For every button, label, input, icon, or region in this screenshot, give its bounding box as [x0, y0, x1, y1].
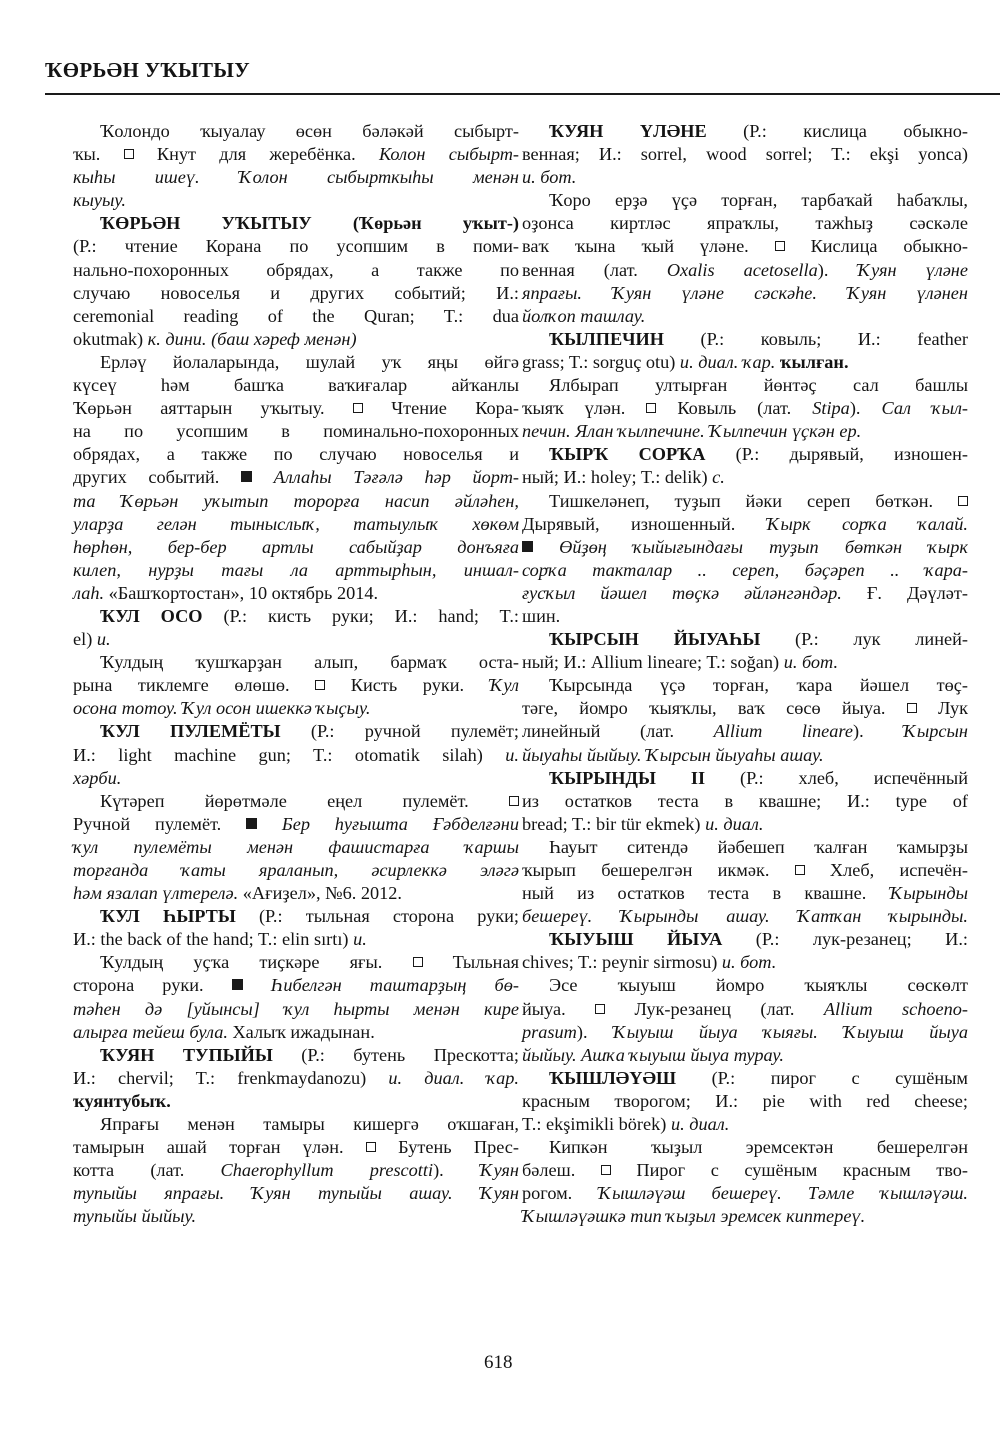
italic-text: и. бот. [522, 167, 576, 187]
italic-text: килеп, нурҙы тағы ла арттырһын, иншал- [73, 560, 519, 580]
text-run: Һауыт ситендә йәбешеп ҡалған ҡамырҙы [549, 837, 968, 857]
headword: ҠЫШЛӘҮӘШ [549, 1068, 676, 1088]
text-line: ҡул пулемёты менән фашистарға ҡаршы [73, 836, 519, 859]
text-line: el) и. [73, 628, 519, 651]
text-run: Ерләү йолаларында, шулай уҡ яңы өйгә [100, 352, 519, 372]
text-run: ). [433, 1160, 480, 1180]
italic-text: кыhы ишеү. Ҡолон сыбырткыhы менән [73, 167, 519, 187]
text-line: күсеү һәм башҡа ваҡиғалар айҡанлы [73, 374, 519, 397]
italic-text: Ҡыуыш йыуа ҡыяғы. Ҡыуыш йыуа [613, 1022, 968, 1042]
text-line: обрядах, а также по случаю новоселья и [73, 443, 519, 466]
text-run: (Р.: тыльная сторона руки; [236, 906, 519, 926]
text-line: лаһ. «Башҡортостан», 10 октябрь 2014. [73, 582, 519, 605]
text-line: ҡы. Кнут для жеребёнка. Колон сыбырт- [73, 143, 519, 166]
text-line: һөрһөн, бер-бер артлы сабыйҙар донъяға [73, 536, 519, 559]
italic-text: Ҡырсын [903, 721, 968, 741]
text-run: Кисть руки. [325, 675, 490, 695]
text-line: сорҡа такталар .. сереп, бәҫәреп .. ҡара… [522, 559, 968, 582]
text-line: ҠЫЛПЕЧИН (Р.: ковыль; И.: feather [522, 328, 968, 351]
italic-text: Һибелгән таштарҙың бө- [243, 975, 519, 995]
text-line: печин. Ялан ҡылпечине. Ҡылпечин үҫкән ер… [522, 420, 968, 443]
text-line: И.: light machine gun; T.: otomatik sila… [73, 744, 519, 767]
italic-text: Stipa [812, 398, 850, 418]
text-run: красным творогом; И.: pie with red chees… [522, 1091, 968, 1111]
text-line: ҠЫУЫШ ЙЫУА (Р.: лук-резанец; И.: [522, 928, 968, 951]
text-line: из остатков теста в квашне; И.: type of [522, 790, 968, 813]
text-line: Ҡышләүәшкә тип ҡыҙыл эремсек киптереү. [522, 1205, 968, 1228]
italic-text: к. дини. (баш хәреф менән) [148, 329, 357, 349]
text-line: һәм язалап үлтерелә. «Ағиҙел», №6. 2012. [73, 882, 519, 905]
text-run: Бутень Прес- [376, 1137, 519, 1157]
text-line: Өйҙөң ҡыйығындағы туҙып бөткән ҡырк [522, 536, 968, 559]
text-run: Кислица обыкно- [785, 236, 968, 256]
italic-text: тупыйы йыйыу. [73, 1206, 196, 1226]
italic-text: и. бот. [784, 652, 838, 672]
italic-text: и. [353, 929, 367, 949]
italic-text: и. [97, 629, 111, 649]
text-run: (Р.: лук линей- [760, 629, 968, 649]
italic-text: япрағы. Ҡуян үләне сәскәһе. Ҡуян үләнен [522, 283, 968, 303]
text-run: Лук [917, 698, 968, 718]
text-line: ҠЫШЛӘҮӘШ (Р.: пирог с сушёным [522, 1067, 968, 1090]
text-run: тамырын ашай торған үлән. [73, 1137, 366, 1157]
italic-text: Ҡырынды [890, 883, 968, 903]
text-run: okutmak) [73, 329, 148, 349]
text-run: ҡырып бешерелгән икмәк. [522, 860, 795, 880]
italic-text: Allium lineare [714, 721, 853, 741]
italic-text: и. диал. [705, 814, 763, 834]
italic-text: сорҡа такталар .. сереп, бәҫәреп .. ҡара… [522, 560, 968, 580]
text-line: торғанда ҡаты яраланып, әсирлеккә эләгә [73, 859, 519, 882]
open-square-icon [958, 496, 968, 506]
text-run: Ҡоро ерҙә үҫә торған, тарбаҡай һабаҡлы, [549, 190, 968, 210]
text-line: Эсе ҡыуыш йомро ҡыяҡлы сөскөлт [522, 974, 968, 997]
italic-text: Oxalis acetosella [667, 260, 818, 280]
italic-text: Колон сыбырт- [379, 144, 519, 164]
text-line: bread; T.: bir tür ekmek) и. диал. [522, 813, 968, 836]
text-line: тәһен дә [уйынсы] ҡул һырты менән кире [73, 998, 519, 1021]
text-line: Ҡөрьән аяттарын уҡытыу. Чтение Кора- [73, 397, 519, 420]
text-run: el) [73, 629, 97, 649]
open-square-icon [413, 957, 423, 967]
text-run: венная; И.: sorrel, wood sorrel; T.: ekş… [522, 144, 968, 164]
text-line: grass; T.: sorguç otu) и. диал. ҡар. ҡыл… [522, 351, 968, 374]
text-line: котта (лат. Chaerophyllum prescotti). Ҡу… [73, 1159, 519, 1182]
italic-text: бешереү. Ҡырынды ашау. Ҡатҡан ҡырынды. [522, 906, 968, 926]
text-run: Хлеб, испечён- [805, 860, 968, 880]
text-line: prasum). Ҡыуыш йыуа ҡыяғы. Ҡыуыш йыуа [522, 1021, 968, 1044]
text-run: Эсе ҡыуыш йомро ҡыяҡлы сөскөлт [549, 975, 968, 995]
text-run: нально-похоронных обрядах, а также по [73, 260, 519, 280]
text-run: (Р.: ковыль; И.: feather [664, 329, 968, 349]
text-run: ceremonial reading of the Quran; T.: dua [73, 306, 519, 326]
text-run: И.: light machine gun; T.: otomatik sila… [73, 745, 505, 765]
italic-text: Ҡул [490, 675, 519, 695]
text-line: осона тотоу. Ҡул осон ишеккә ҡыҫыу. [73, 697, 519, 720]
text-run: (Р.: ручной пулемёт; [281, 721, 519, 741]
text-line: сторона руки. Һибелгән таштарҙың бө- [73, 974, 519, 997]
text-line: Ҡолондо ҡыуалау өсөн бәләкәй сыбырт- [73, 120, 519, 143]
text-line: тупыйы йыйыу. [73, 1205, 519, 1228]
text-line: на по усопшим в поминально-похоронных [73, 420, 519, 443]
text-line: Ҡоро ерҙә үҫә торған, тарбаҡай һабаҡлы, [522, 189, 968, 212]
italic-text: Ҡышләүәшкә тип ҡыҙыл эремсек киптереү. [522, 1206, 865, 1226]
headword: ҠУЯН ҮЛӘНЕ [549, 121, 707, 141]
text-line: Ҡулдың ҡушҡарҙан алып, бармаҡ оста- [73, 651, 519, 674]
text-run: линейный (лат. [522, 721, 714, 741]
text-line: линейный (лат. Allium lineare). Ҡырсын [522, 720, 968, 743]
text-run: «Башҡортостан», 10 октябрь 2014. [104, 583, 378, 603]
text-run: Лук-резанец (лат. [605, 999, 824, 1019]
text-line: оҙонса киртләс япраҡлы, тажһыҙ сәскәле [522, 212, 968, 235]
text-line: та Ҡөрьән уҡытып торорға насип әйләһен, [73, 490, 519, 513]
text-line: Һауыт ситендә йәбешеп ҡалған ҡамырҙы [522, 836, 968, 859]
text-run: ҡыяҡ үлән. [522, 398, 646, 418]
text-run: ный из остатков теста в квашне. [522, 883, 890, 903]
italic-text: и. диал. [671, 1114, 729, 1134]
text-line: ҡырып бешерелгән икмәк. Хлеб, испечён- [522, 859, 968, 882]
text-run: Ҡулдың ҡушҡарҙан алып, бармаҡ оста- [100, 652, 519, 672]
text-line: алырға тейеш була. Халыҡ ижадынан. [73, 1021, 519, 1044]
text-run: Тишкеләнеп, туҙып йәки сереп бөткән. [549, 491, 958, 511]
text-run: Ҡулдың уҫҡа тиҫкәре яғы. [100, 952, 413, 972]
text-run: Ҡырсында үҫә торған, ҡара йәшел төҫ- [549, 675, 968, 695]
italic-text: лаһ. [73, 583, 104, 603]
text-line: красным творогом; И.: pie with red chees… [522, 1090, 968, 1113]
text-run: Ҡолондо ҡыуалау өсөн бәләкәй сыбырт- [100, 121, 519, 141]
italic-text: и. диал. ҡар. [388, 1068, 519, 1088]
open-square-icon [907, 703, 917, 713]
italic-text: ҡул пулемёты менән фашистарға ҡаршы [73, 837, 519, 857]
open-square-icon [353, 403, 363, 413]
italic-text: хәрби. [73, 768, 121, 788]
headword: ҠЫУЫШ ЙЫУА [549, 929, 722, 949]
text-run: других событий. [73, 467, 241, 487]
text-run: Дырявый, изношенный. [522, 514, 767, 534]
text-line: ҠӨРЬӘН УҠЫТЫУ (Ҡөрьән уҡыт-) [73, 212, 519, 235]
text-run: T.: ekşimikli börek) [522, 1114, 671, 1134]
open-square-icon [775, 241, 785, 251]
text-line: ный из остатков теста в квашне. Ҡырынды [522, 882, 968, 905]
open-square-icon [366, 1142, 376, 1152]
text-line: йолҡоп ташлау. [522, 305, 968, 328]
text-line: йыйыу. Ашҡа ҡыуыш йыуа турау. [522, 1044, 968, 1067]
text-line: других событий. Аллаһы Тәғәлә һәр йорт- [73, 466, 519, 489]
headword: ҠЫРСЫН ЙЫУАҺЫ [549, 629, 760, 649]
text-run: йыуа. [522, 999, 595, 1019]
text-line: венная; И.: sorrel, wood sorrel; T.: ekş… [522, 143, 968, 166]
text-run: Халыҡ ижадынан. [228, 1022, 375, 1042]
italic-text: алырға тейеш була. [73, 1022, 228, 1042]
headword: ҠУЯН ТУПЫЙЫ [100, 1045, 273, 1065]
text-run: из остатков теста в квашне; И.: type of [522, 791, 968, 811]
text-run: ). [818, 260, 858, 280]
italic-text: ғусҡыл йәшел төҫкә әйләнгәндәр. [522, 583, 842, 603]
text-line: ғусҡыл йәшел төҫкә әйләнгәндәр. Ғ. Дәүлә… [522, 582, 968, 605]
text-line: бешереү. Ҡырынды ашау. Ҡатҡан ҡырынды. [522, 905, 968, 928]
text-line: ный; И.: Allium lineare; T.: soğan) и. б… [522, 651, 968, 674]
text-run: рына тиклемге өлөшө. [73, 675, 315, 695]
text-run: ). [577, 1022, 613, 1042]
italic-text: Ҡышләүәш бешереү. Тәмле ҡышләүәш. [598, 1183, 968, 1203]
headword: ҠЫЛПЕЧИН [549, 329, 664, 349]
text-line: ҡыяҡ үлән. Ковыль (лат. Stipa). Сал ҡыл- [522, 397, 968, 420]
open-square-icon [509, 796, 519, 806]
text-line: кыуыу. [73, 189, 519, 212]
italic-text: кыуыу. [73, 190, 126, 210]
text-run: тәге, йомро ҡыяҡлы, ваҡ сөсө йыуа. [522, 698, 907, 718]
bold-crossref: ҡылған. [780, 352, 849, 372]
right-column: ҠУЯН ҮЛӘНЕ (Р.: кислица обыкно-венная; И… [522, 120, 968, 1229]
text-run: случаю новоселья и других событий; И.: [73, 283, 519, 303]
text-line: рогом. Ҡышләүәш бешереү. Тәмле ҡышләүәш. [522, 1182, 968, 1205]
italic-text: йыуаһы йыйыу. Ҡырсын йыуаһы ашау. [522, 745, 824, 765]
left-column: Ҡолондо ҡыуалау өсөн бәләкәй сыбырт-ҡы. … [73, 120, 519, 1229]
text-line: Ручной пулемёт. Бер һуғышта Ғәбделғәни [73, 813, 519, 836]
text-line: тамырын ашай торған үлән. Бутень Прес- [73, 1136, 519, 1159]
text-line: ҠЫРЫНДЫ II (Р.: хлеб, испечённый [522, 767, 968, 790]
text-run: Тыльная [423, 952, 519, 972]
text-run: «Ағиҙел», №6. 2012. [238, 883, 402, 903]
text-run: ). [853, 721, 903, 741]
text-run: (Р.: хлеб, испечённый [705, 768, 968, 788]
text-line: Япрағы менән тамыры кишергә оҡшаған, [73, 1113, 519, 1136]
italic-text: тупыйы япрағы. Ҡуян тупыйы ашау. Ҡуян [73, 1183, 519, 1203]
text-line: И.: chervil; T.: frenkmaydanozu) и. диал… [73, 1067, 519, 1090]
italic-text: осона тотоу. Ҡул осон ишеккә ҡыҫыу. [73, 698, 370, 718]
italic-text: йолҡоп ташлау. [522, 306, 645, 326]
text-run: Чтение Кора- [363, 398, 519, 418]
text-run: ). [850, 398, 882, 418]
text-run: Кнут для жеребёнка. [134, 144, 379, 164]
text-line: okutmak) к. дини. (баш хәреф менән) [73, 328, 519, 351]
headword: ҠЫРЫНДЫ II [549, 768, 705, 788]
text-run: Күтәреп йөрөтмәле еңел пулемёт. [100, 791, 509, 811]
text-line: ҠУЛ ҺЫРТЫ (Р.: тыльная сторона руки; [73, 905, 519, 928]
text-line: йыуа. Лук-резанец (лат. Allium schoeno- [522, 998, 968, 1021]
text-run: шин. [522, 606, 560, 626]
text-run: Ғ. Дәүләт- [842, 583, 968, 603]
text-run: И.: chervil; T.: frenkmaydanozu) [73, 1068, 388, 1088]
italic-text: йыйыу. Ашҡа ҡыуыш йыуа турау. [522, 1045, 784, 1065]
italic-text: Аллаһы Тәғәлә һәр йорт- [252, 467, 519, 487]
text-run: оҙонса киртләс япраҡлы, тажһыҙ сәскәле [522, 213, 968, 233]
open-square-icon [646, 403, 656, 413]
text-run: (Р.: кисть руки; И.: hand; T.: [203, 606, 519, 626]
text-line: T.: ekşimikli börek) и. диал. [522, 1113, 968, 1136]
text-run: Кипкән ҡыҙыл эремсектән бешерелгән [549, 1137, 968, 1157]
text-line: хәрби. [73, 767, 519, 790]
italic-text: һәм язалап үлтерелә. [73, 883, 238, 903]
text-line: ҠУЯН ҮЛӘНЕ (Р.: кислица обыкно- [522, 120, 968, 143]
text-line: венная (лат. Oxalis acetosella). Ҡуян үл… [522, 259, 968, 282]
text-line: Ерләү йолаларында, шулай уҡ яңы өйгә [73, 351, 519, 374]
italic-text: торғанда ҡаты яраланып, әсирлеккә эләгә [73, 860, 519, 880]
italic-text: һөрһөн, бер-бер артлы сабыйҙар донъяға [73, 537, 519, 557]
italic-text: и. бот. [722, 952, 776, 972]
open-square-icon [601, 1165, 611, 1175]
italic-text: Сал ҡыл- [882, 398, 969, 418]
headword: ҠЫРҠ СОРҠА [549, 444, 706, 464]
headword: ҠУЛ ПУЛЕМЁТЫ [100, 721, 281, 741]
text-line: ҠУЛ ОСО (Р.: кисть руки; И.: hand; T.: [73, 605, 519, 628]
text-line: Кипкән ҡыҙыл эремсектән бешерелгән [522, 1136, 968, 1159]
open-square-icon [795, 865, 805, 875]
italic-text: Ҡуян үләне [857, 260, 968, 280]
text-line: Күтәреп йөрөтмәле еңел пулемёт. [73, 790, 519, 813]
text-line: кыhы ишеү. Ҡолон сыбырткыhы менән [73, 166, 519, 189]
filled-square-icon [241, 471, 252, 482]
text-run: (Р.: дырявый, изношен- [706, 444, 968, 464]
text-line: ный; И.: holey; T.: delik) с. [522, 466, 968, 489]
text-line: тәге, йомро ҡыяҡлы, ваҡ сөсө йыуа. Лук [522, 697, 968, 720]
text-line: Ҡырсында үҫә торған, ҡара йәшел төҫ- [522, 674, 968, 697]
text-run: ваҡ ҡына ҡый үләне. [522, 236, 775, 256]
italic-text: Өйҙөң ҡыйығындағы туҙып бөткән ҡырк [533, 537, 968, 557]
text-run: (Р.: бутень Прескотта; [273, 1045, 519, 1065]
headword: ҠУЛ ОСО [100, 606, 203, 626]
italic-text: Chaerophyllum prescotti [221, 1160, 434, 1180]
text-line: ҠЫРСЫН ЙЫУАҺЫ (Р.: лук линей- [522, 628, 968, 651]
text-line: нально-похоронных обрядах, а также по [73, 259, 519, 282]
text-run: И.: the back of the hand; T.: elin sırtı… [73, 929, 353, 949]
text-line: шин. [522, 605, 968, 628]
text-line: Ҡулдың уҫҡа тиҫкәре яғы. Тыльная [73, 951, 519, 974]
text-line: бәлеш. Пирог с сушёным красным тво- [522, 1159, 968, 1182]
italic-text: та Ҡөрьән уҡытып торорға насип әйләһен, [73, 491, 519, 511]
text-run: Ковыль (лат. [656, 398, 812, 418]
italic-text: Ҡуян [480, 1160, 519, 1180]
text-line: ҠУЯН ТУПЫЙЫ (Р.: бутень Прескотта; [73, 1044, 519, 1067]
text-run: бәлеш. [522, 1160, 601, 1180]
text-line: ҠУЛ ПУЛЕМЁТЫ (Р.: ручной пулемёт; [73, 720, 519, 743]
text-run: chives; T.: peynir sirmosu) [522, 952, 722, 972]
text-line: япрағы. Ҡуян үләне сәскәһе. Ҡуян үләнен [522, 282, 968, 305]
text-line: И.: the back of the hand; T.: elin sırtı… [73, 928, 519, 951]
italic-text: Ҡырк сорҡа ҡалай. [767, 514, 968, 534]
text-run: bread; T.: bir tür ekmek) [522, 814, 705, 834]
text-run: венная (лат. [522, 260, 667, 280]
headword: ҠӨРЬӘН УҠЫТЫУ (Ҡөрьән уҡыт-) [100, 213, 519, 233]
text-line: (Р.: чтение Корана по усопшим в поми- [73, 235, 519, 258]
text-run: күсеү һәм башҡа ваҡиғалар айҡанлы [73, 375, 519, 395]
text-line: Дырявый, изношенный. Ҡырк сорҡа ҡалай. [522, 513, 968, 536]
text-line: тупыйы япрағы. Ҡуян тупыйы ашау. Ҡуян [73, 1182, 519, 1205]
text-run: Пирог с сушёным красным тво- [611, 1160, 968, 1180]
italic-text: и. [505, 745, 519, 765]
open-square-icon [124, 149, 134, 159]
text-line: случаю новоселья и других событий; И.: [73, 282, 519, 305]
text-run: (Р.: чтение Корана по усопшим в поми- [73, 236, 519, 256]
text-run: Ручной пулемёт. [73, 814, 246, 834]
text-run: сторона руки. [73, 975, 232, 995]
text-line: Тишкеләнеп, туҙып йәки сереп бөткән. [522, 490, 968, 513]
text-run: (Р.: кислица обыкно- [707, 121, 968, 141]
italic-text: печин. Ялан ҡылпечине. Ҡылпечин үҫкән ер… [522, 421, 861, 441]
filled-square-icon [522, 541, 533, 552]
text-line: килеп, нурҙы тағы ла арттырһын, иншал- [73, 559, 519, 582]
text-line: Ялбырап ултырған йөнтәҫ сал башлы [522, 374, 968, 397]
text-run: ҡы. [73, 144, 124, 164]
text-line: уларҙа гелән тыныслыҡ, татыулыҡ хөкөм [73, 513, 519, 536]
bold-crossref: ҡуянтубыҡ. [73, 1091, 171, 1111]
text-line: йыуаһы йыйыу. Ҡырсын йыуаһы ашау. [522, 744, 968, 767]
text-run: (Р.: пирог с сушёным [676, 1068, 968, 1088]
italic-text: Бер һуғышта Ғәбделғәни [257, 814, 519, 834]
text-run: Ялбырап ултырған йөнтәҫ сал башлы [549, 375, 968, 395]
text-line: рына тиклемге өлөшө. Кисть руки. Ҡул [73, 674, 519, 697]
text-line: ваҡ ҡына ҡый үләне. Кислица обыкно- [522, 235, 968, 258]
filled-square-icon [232, 979, 243, 990]
text-run: Япрағы менән тамыры кишергә оҡшаған, [100, 1114, 519, 1134]
italic-text: тәһен дә [уйынсы] ҡул һырты менән кире [73, 999, 519, 1019]
text-run: (Р.: лук-резанец; И.: [722, 929, 968, 949]
text-run: grass; T.: sorguç otu) [522, 352, 680, 372]
running-head: ҠӨРЬӘН УҠЫТЫУ [45, 58, 250, 83]
page-number: 618 [484, 1352, 513, 1374]
italic-text: Allium schoeno- [824, 999, 968, 1019]
text-run: обрядах, а также по случаю новоселья и [73, 444, 519, 464]
text-line: ҡуянтубыҡ. [73, 1090, 519, 1113]
text-run: рогом. [522, 1183, 598, 1203]
headword: ҠУЛ ҺЫРТЫ [100, 906, 236, 926]
filled-square-icon [246, 818, 257, 829]
header-rule [45, 93, 1000, 95]
text-line: и. бот. [522, 166, 968, 189]
text-run: ный; И.: holey; T.: delik) [522, 467, 712, 487]
italic-text: и. диал. ҡар. [680, 352, 780, 372]
open-square-icon [595, 1004, 605, 1014]
italic-text: prasum [522, 1022, 577, 1042]
italic-text: с. [712, 467, 725, 487]
italic-text: уларҙа гелән тыныслыҡ, татыулыҡ хөкөм [73, 514, 519, 534]
text-line: chives; T.: peynir sirmosu) и. бот. [522, 951, 968, 974]
text-run: Ҡөрьән аяттарын уҡытыу. [73, 398, 353, 418]
text-run: ный; И.: Allium lineare; T.: soğan) [522, 652, 784, 672]
text-run: на по усопшим в поминально-похоронных [73, 421, 519, 441]
open-square-icon [315, 680, 325, 690]
text-line: ҠЫРҠ СОРҠА (Р.: дырявый, изношен- [522, 443, 968, 466]
text-run: котта (лат. [73, 1160, 221, 1180]
text-line: ceremonial reading of the Quran; T.: dua [73, 305, 519, 328]
